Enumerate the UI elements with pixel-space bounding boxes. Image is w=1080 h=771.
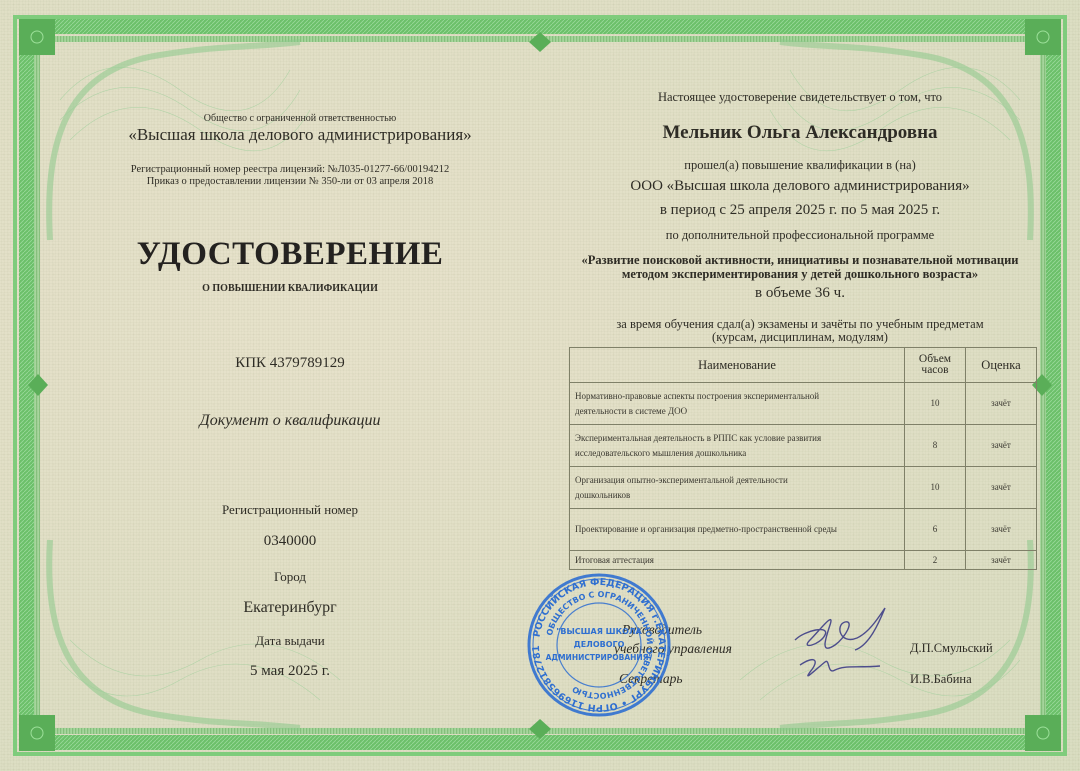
- subject-name-line1: Итоговая аттестация: [575, 553, 899, 568]
- subject-hours: 10: [905, 383, 966, 425]
- subject-name: Итоговая аттестация: [570, 551, 905, 570]
- header-grade: Оценка: [966, 348, 1037, 383]
- table-row: Итоговая аттестация2зачёт: [570, 551, 1037, 570]
- city-label: Город: [100, 569, 480, 585]
- signature-head: [785, 600, 895, 690]
- subject-hours: 8: [905, 425, 966, 467]
- issue-date: 5 мая 2025 г.: [100, 663, 480, 680]
- program-volume: в объеме 36 ч.: [560, 285, 1040, 302]
- program-title-line1: «Развитие поисковой активности, инициати…: [555, 253, 1045, 267]
- subject-name-line2: дошкольников: [575, 488, 899, 503]
- passed-text: прошел(а) повышение квалификации в (на): [560, 158, 1040, 173]
- training-organization: ООО «Высшая школа делового администриров…: [560, 178, 1040, 195]
- license-order: Приказ о предоставлении лицензии № 350-л…: [100, 176, 480, 188]
- subject-name: Нормативно-правовые аспекты построения э…: [570, 383, 905, 425]
- stamp-center-line2: ДЕЛОВОГО: [574, 640, 625, 649]
- table-row: Организация опытно-экспериментальной дея…: [570, 467, 1037, 509]
- subject-name-line1: Экспериментальная деятельность в РППС ка…: [575, 431, 899, 446]
- subject-grade: зачёт: [966, 383, 1037, 425]
- city: Екатеринбург: [100, 599, 480, 617]
- subject-name: Организация опытно-экспериментальной дея…: [570, 467, 905, 509]
- exams-text-line2: (курсам, дисциплинам, модулям): [560, 331, 1040, 344]
- subject-name: Проектирование и организация предметно-п…: [570, 509, 905, 551]
- subject-grade: зачёт: [966, 509, 1037, 551]
- org-type: Общество с ограниченной ответственностью: [110, 113, 490, 124]
- org-name: «Высшая школа делового администрирования…: [100, 125, 500, 145]
- reg-number-label: Регистрационный номер: [100, 502, 480, 518]
- subject-grade: зачёт: [966, 467, 1037, 509]
- header-name: Наименование: [570, 348, 905, 383]
- subject-hours: 2: [905, 551, 966, 570]
- program-label: по дополнительной профессиональной прогр…: [560, 228, 1040, 243]
- subject-grade: зачёт: [966, 551, 1037, 570]
- intro-text: Настоящее удостоверение свидетельствует …: [560, 90, 1040, 105]
- head-name: Д.П.Смульский: [910, 641, 993, 656]
- subject-name-line2: исследовательского мышления дошкольника: [575, 446, 899, 461]
- header-hours: Объем часов: [905, 348, 966, 383]
- subject-name-line1: Нормативно-правовые аспекты построения э…: [575, 389, 899, 404]
- table-row: Экспериментальная деятельность в РППС ка…: [570, 425, 1037, 467]
- document-type: Документ о квалификации: [100, 412, 480, 430]
- issue-date-label: Дата выдачи: [100, 633, 480, 649]
- header-hours-line2: часов: [910, 365, 960, 376]
- secretary-name: И.В.Бабина: [910, 672, 972, 687]
- subject-name-line1: Проектирование и организация предметно-п…: [575, 522, 899, 537]
- stamp-center-line1: "ВЫСШАЯ ШКОЛА: [556, 627, 642, 636]
- subject-name: Экспериментальная деятельность в РППС ка…: [570, 425, 905, 467]
- subjects-table: Наименование Объем часов Оценка Норматив…: [569, 347, 1037, 570]
- license-reg-number: Регистрационный номер реестра лицензий: …: [100, 164, 480, 176]
- table-header-row: Наименование Объем часов Оценка: [570, 348, 1037, 383]
- exams-text: за время обучения сдал(а) экзамены и зач…: [560, 318, 1040, 344]
- subject-hours: 10: [905, 467, 966, 509]
- document-subtitle: О ПОВЫШЕНИИ КВАЛИФИКАЦИИ: [100, 283, 480, 294]
- program-title-line2: методом экспериментирования у детей дошк…: [555, 267, 1045, 281]
- stamp-center-line3: АДМИНИСТРИРОВАНИЯ": [546, 653, 653, 662]
- reg-number: 0340000: [100, 533, 480, 550]
- table-row: Проектирование и организация предметно-п…: [570, 509, 1037, 551]
- training-period: в период с 25 апреля 2025 г. по 5 мая 20…: [560, 202, 1040, 219]
- table-row: Нормативно-правовые аспекты построения э…: [570, 383, 1037, 425]
- kpk-number: КПК 4379789129: [100, 355, 480, 372]
- certificate-page: Общество с ограниченной ответственностью…: [0, 0, 1080, 771]
- subject-grade: зачёт: [966, 425, 1037, 467]
- program-title: «Развитие поисковой активности, инициати…: [555, 253, 1045, 281]
- subject-name-line2: деятельности в системе ДОО: [575, 404, 899, 419]
- official-stamp: РОССИЙСКАЯ ФЕДЕРАЦИЯ г.ЕКАТЕРИНБУРГ • ОГ…: [526, 572, 672, 718]
- subject-hours: 6: [905, 509, 966, 551]
- document-title: УДОСТОВЕРЕНИЕ: [100, 236, 480, 273]
- subject-name-line1: Организация опытно-экспериментальной дея…: [575, 473, 899, 488]
- license-info: Регистрационный номер реестра лицензий: …: [100, 164, 480, 188]
- recipient-name: Мельник Ольга Александровна: [560, 122, 1040, 144]
